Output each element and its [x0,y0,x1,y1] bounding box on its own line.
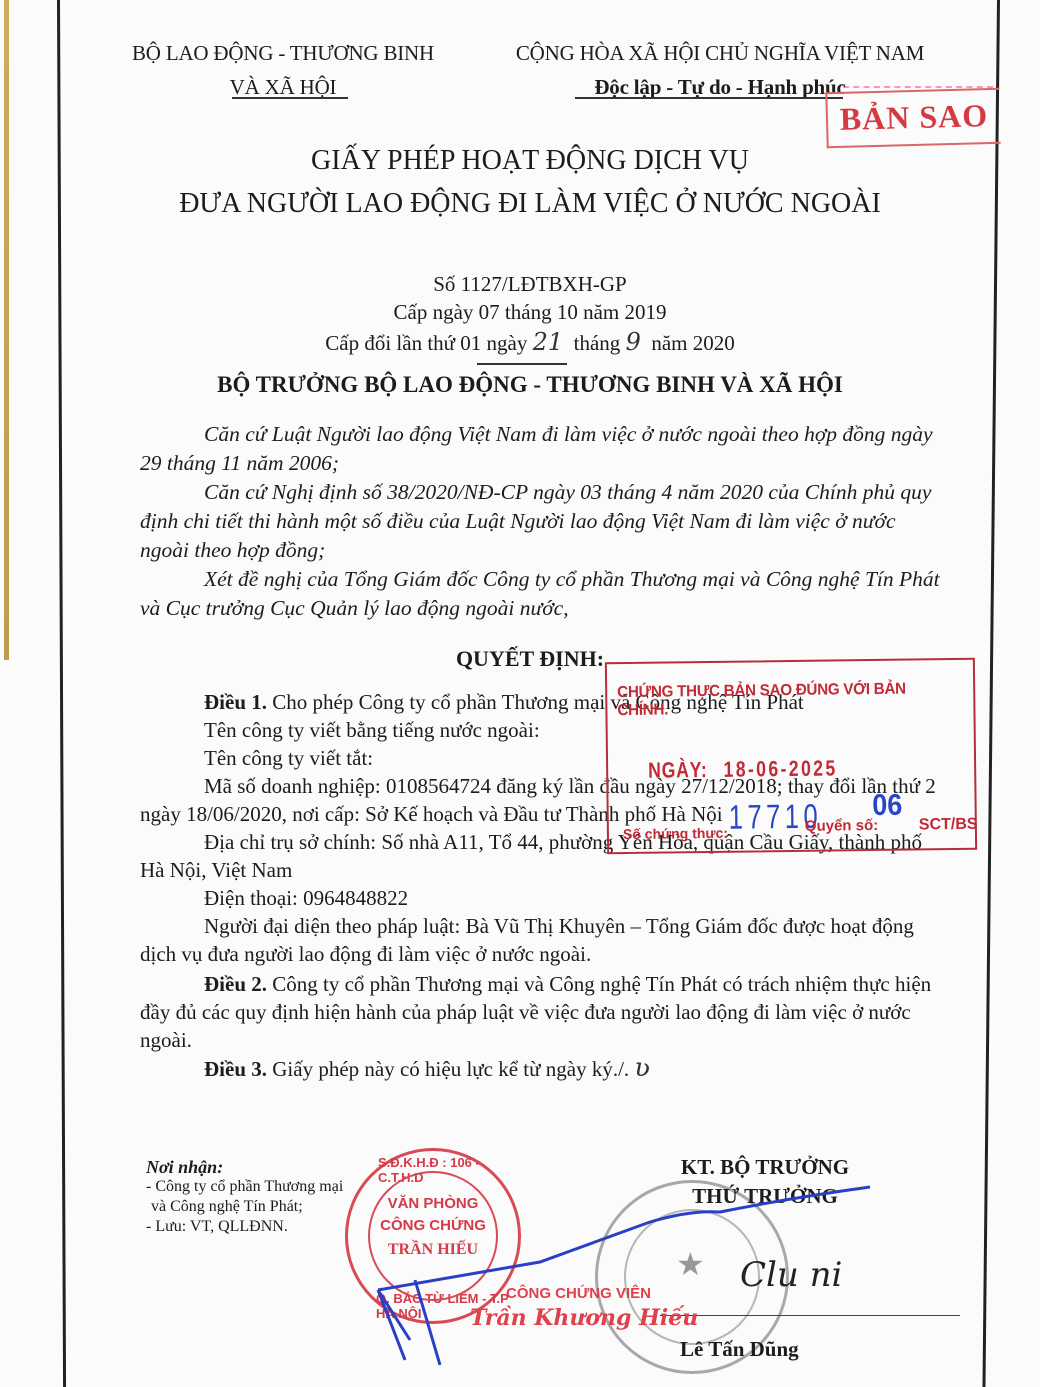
separator [477,363,567,365]
star-icon: ★ [676,1245,705,1283]
notary-signature: Trần Khương Hiếu [470,1305,698,1331]
notary-seal: S.Đ.K.H.Đ : 106 - C.T.H.D VĂN PHÒNG CÔNG… [345,1148,521,1324]
document-title-line2: ĐƯA NGƯỜI LAO ĐỘNG ĐI LÀM VIỆC Ở NƯỚC NG… [60,188,1000,220]
issue-date: Cấp ngày 07 tháng 10 năm 2019 [60,300,1000,325]
handwritten-day: 21 [533,328,564,356]
signature-title: KT. BỘ TRƯỞNG THỨ TRƯỞNG [620,1153,910,1211]
motto-underline [575,97,843,99]
ministry-header: BỘ LAO ĐỘNG - THƯƠNG BINH VÀ XÃ HỘI [118,36,448,104]
preamble: Căn cứ Luật Người lao động Việt Nam đi l… [140,420,940,623]
book-label: Quyển số: [805,817,879,835]
article-3: Điều 3. Giấy phép này có hiệu lực kể từ … [140,1054,940,1083]
certification-stamp: CHỨNG THỰC BẢN SAO ĐÚNG VỚI BẢN CHÍNH. N… [605,658,977,855]
book-number: 06 [872,789,902,823]
handwritten-signature: Clu ni [740,1255,842,1295]
signature-line [660,1315,960,1316]
issuing-authority: BỘ TRƯỞNG BỘ LAO ĐỘNG - THƯƠNG BINH VÀ X… [60,372,1000,398]
recipients-label: Nơi nhận: [146,1157,343,1177]
handwritten-month: 9 [626,328,641,356]
copy-stamp: BẢN SAO [825,88,1000,149]
page-edge [4,0,9,660]
nation-name: CỘNG HÒA XÃ HỘI CHỦ NGHĨA VIỆT NAM [490,36,950,70]
certification-date: NGÀY:18-06-2025 [648,755,838,783]
preamble-item: Xét đề nghị của Tổng Giám đốc Công ty cổ… [140,565,940,623]
cert-number-label: Số chứng thực: [623,825,728,842]
recipient-item: - Lưu: VT, QLLĐNN. [146,1217,343,1237]
license-number: Số 1127/LĐTBXH-GP [60,272,1000,297]
book-suffix: SCT/BS [919,816,978,835]
on-behalf-label: KT. BỘ TRƯỞNG [620,1153,910,1182]
document-title-line1: GIẤY PHÉP HOẠT ĐỘNG DỊCH VỤ [60,145,1000,177]
signer-name: Lê Tấn Dũng [680,1337,799,1362]
signer-position: THỨ TRƯỞNG [620,1182,910,1211]
phone: Điện thoại: 0964848822 [140,884,940,912]
representative: Người đại diện theo pháp luật: Bà Vũ Thị… [140,912,940,968]
notary-staff-label: CÔNG CHỨNG VIÊN [506,1285,651,1302]
recipients: Nơi nhận: - Công ty cổ phần Thương mại v… [146,1157,343,1237]
article-2: Điều 2. Công ty cổ phần Thương mại và Cô… [140,970,940,1054]
reissue-date: Cấp đổi lần thứ 01 ngày 21 tháng 9 năm 2… [60,328,1000,356]
recipient-item: - Công ty cổ phần Thương mại [146,1177,343,1197]
copy-stamp-text: BẢN SAO [827,90,1000,144]
ministry-name-line1: BỘ LAO ĐỘNG - THƯƠNG BINH [118,36,448,70]
recipient-item: và Công nghệ Tín Phát; [146,1197,343,1217]
ministry-underline [232,97,348,99]
certification-title: CHỨNG THỰC BẢN SAO ĐÚNG VỚI BẢN CHÍNH. [617,680,956,720]
preamble-item: Căn cứ Luật Người lao động Việt Nam đi l… [140,420,940,478]
preamble-item: Căn cứ Nghị định số 38/2020/NĐ-CP ngày 0… [140,478,940,565]
